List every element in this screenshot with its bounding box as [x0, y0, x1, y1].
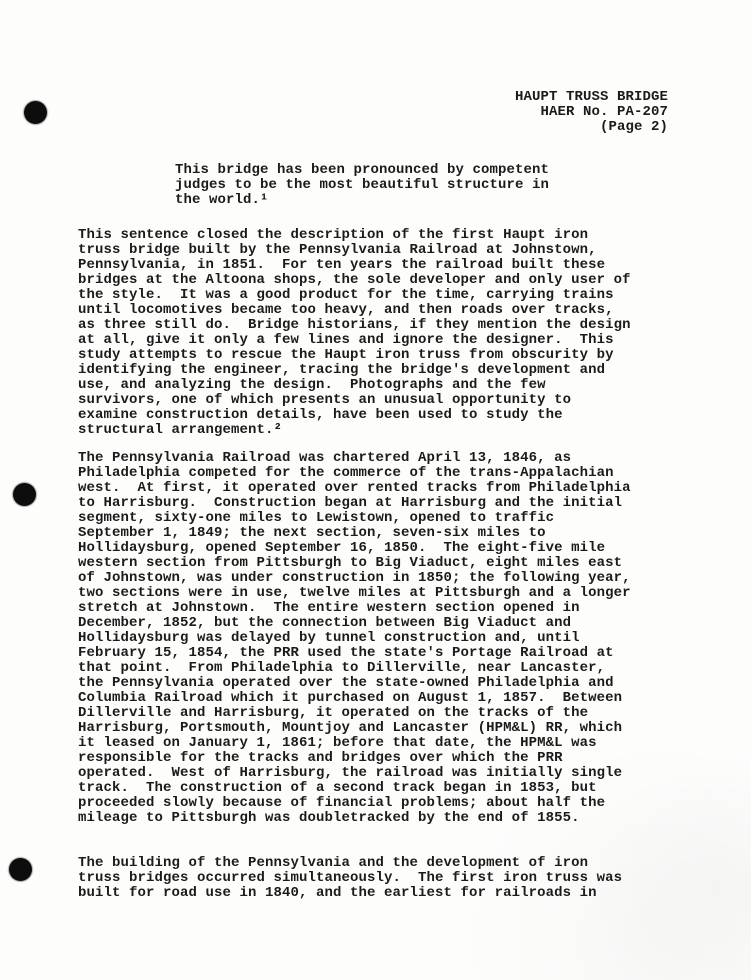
punch-hole-icon: [13, 483, 36, 506]
punch-hole-icon: [24, 101, 47, 124]
punch-hole-icon: [9, 858, 32, 881]
document-title: HAUPT TRUSS BRIDGE: [515, 90, 668, 105]
body-paragraph: The building of the Pennsylvania and the…: [78, 856, 622, 901]
epigraph-quote: This bridge has been pronounced by compe…: [175, 163, 549, 208]
page-number: (Page 2): [515, 120, 668, 135]
document-number: HAER No. PA-207: [515, 105, 668, 120]
document-page: HAUPT TRUSS BRIDGE HAER No. PA-207 (Page…: [0, 0, 751, 980]
page-header: HAUPT TRUSS BRIDGE HAER No. PA-207 (Page…: [515, 90, 668, 135]
body-paragraph: The Pennsylvania Railroad was chartered …: [78, 451, 631, 826]
body-paragraph: This sentence closed the description of …: [78, 228, 631, 438]
